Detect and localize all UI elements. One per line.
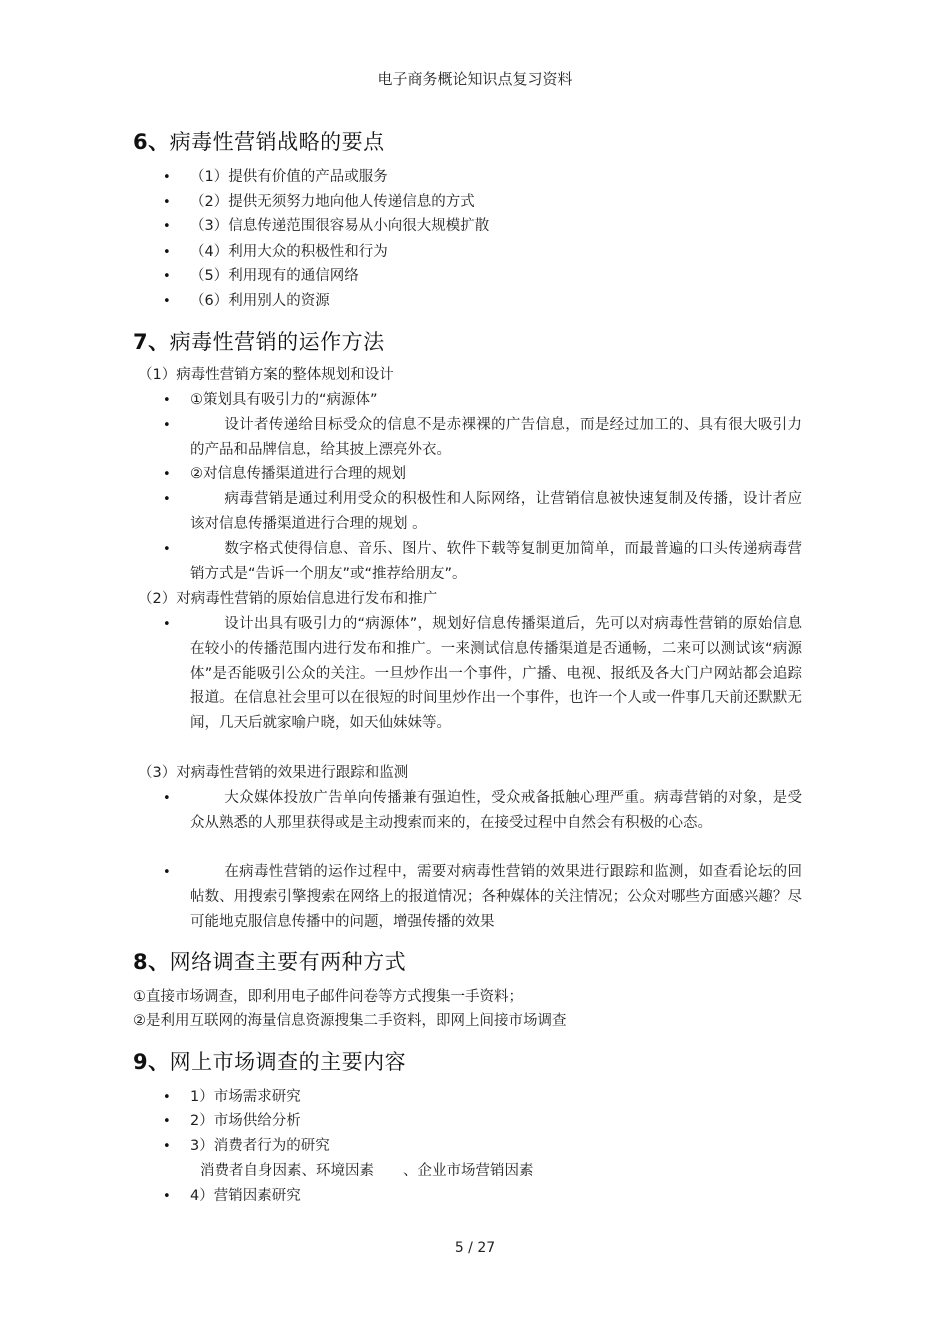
section-9-number: 9、 (133, 1050, 170, 1074)
list-item: ①直接市场调查，即利用电子邮件问卷等方式搜集一手资料； (133, 985, 523, 1010)
page-header-title: 电子商务概论知识点复习资料 (0, 68, 950, 89)
section-8-heading: 8、网络调查主要有两种方式 (133, 946, 406, 976)
list-item-note: 消费者自身因素、环境因素 、企业市场营销因素 (200, 1159, 534, 1184)
section-6-heading: 6、病毒性营销战略的要点 (133, 126, 385, 156)
section-7-heading: 7、病毒性营销的运作方法 (133, 326, 385, 356)
bullet-icon: • (163, 1184, 171, 1209)
bullet-icon: • (163, 860, 171, 885)
bullet-icon: • (163, 1085, 171, 1110)
list-item: （3）信息传递范围很容易从小向很大规模扩散 (190, 214, 489, 239)
paragraph-text: 设计者传递给目标受众的信息不是赤裸裸的广告信息，而是经过加工的、具有很大吸引力的… (190, 417, 802, 458)
bullet-icon: • (163, 487, 171, 512)
point-title: ①策划具有吸引力的“病源体” (190, 388, 378, 413)
point-title: ②对信息传播渠道进行合理的规划 (190, 462, 406, 487)
page-number: 5 / 27 (0, 1240, 950, 1256)
paragraph: 数字格式使得信息、音乐、图片、软件下载等复制更加简单，而最普遍的口头传递病毒营销… (190, 537, 802, 587)
list-item: （6）利用别人的资源 (190, 289, 330, 314)
paragraph-text: 数字格式使得信息、音乐、图片、软件下载等复制更加简单，而最普遍的口头传递病毒营销… (190, 541, 802, 582)
bullet-icon: • (163, 462, 171, 487)
list-item: 4）营销因素研究 (190, 1184, 301, 1209)
bullet-icon: • (163, 612, 171, 637)
paragraph-text: 在病毒性营销的运作过程中，需要对病毒性营销的效果进行跟踪和监测，如查看论坛的回帖… (190, 864, 802, 930)
list-item: 1）市场需求研究 (190, 1085, 301, 1110)
bullet-icon: • (163, 214, 171, 239)
section-6-title: 病毒性营销战略的要点 (170, 130, 385, 154)
subsection-heading: （1）病毒性营销方案的整体规划和设计 (138, 363, 394, 388)
bullet-icon: • (163, 537, 171, 562)
section-6-number: 6、 (133, 130, 170, 154)
paragraph: 病毒营销是通过利用受众的积极性和人际网络，让营销信息被快速复制及传播，设计者应该… (190, 487, 802, 537)
bullet-icon: • (163, 413, 171, 438)
list-item: （1）提供有价值的产品或服务 (190, 165, 388, 190)
bullet-icon: • (163, 289, 171, 314)
paragraph-text: 病毒营销是通过利用受众的积极性和人际网络，让营销信息被快速复制及传播，设计者应该… (190, 491, 802, 532)
paragraph: 设计者传递给目标受众的信息不是赤裸裸的广告信息，而是经过加工的、具有很大吸引力的… (190, 413, 802, 463)
section-9-title: 网上市场调查的主要内容 (170, 1050, 407, 1074)
paragraph-text: 设计出具有吸引力的“病源体”，规划好信息传播渠道后，先可以对病毒性营销的原始信息… (190, 616, 802, 731)
section-8-number: 8、 (133, 950, 170, 974)
bullet-icon: • (163, 786, 171, 811)
bullet-icon: • (163, 1134, 171, 1159)
section-9-heading: 9、网上市场调查的主要内容 (133, 1046, 406, 1076)
bullet-icon: • (163, 264, 171, 289)
bullet-icon: • (163, 165, 171, 190)
paragraph: 设计出具有吸引力的“病源体”，规划好信息传播渠道后，先可以对病毒性营销的原始信息… (190, 612, 802, 736)
bullet-icon: • (163, 1109, 171, 1134)
list-item: （2）提供无须努力地向他人传递信息的方式 (190, 190, 475, 215)
list-item: （5）利用现有的通信网络 (190, 264, 359, 289)
list-item: ②是利用互联网的海量信息资源搜集二手资料，即网上间接市场调查 (133, 1009, 567, 1034)
bullet-icon: • (163, 388, 171, 413)
subsection-heading: （2）对病毒性营销的原始信息进行发布和推广 (138, 587, 437, 612)
paragraph: 大众媒体投放广告单向传播兼有强迫性，受众戒备抵触心理严重。病毒营销的对象，是受众… (190, 786, 802, 836)
section-7-number: 7、 (133, 330, 170, 354)
paragraph: 在病毒性营销的运作过程中，需要对病毒性营销的效果进行跟踪和监测，如查看论坛的回帖… (190, 860, 802, 934)
bullet-icon: • (163, 190, 171, 215)
list-item: 3）消费者行为的研究 (190, 1134, 330, 1159)
section-7-title: 病毒性营销的运作方法 (170, 330, 385, 354)
subsection-heading: （3）对病毒性营销的效果进行跟踪和监测 (138, 761, 408, 786)
section-8-title: 网络调查主要有两种方式 (170, 950, 407, 974)
bullet-icon: • (163, 240, 171, 265)
list-item: 2）市场供给分析 (190, 1109, 301, 1134)
paragraph-text: 大众媒体投放广告单向传播兼有强迫性，受众戒备抵触心理严重。病毒营销的对象，是受众… (190, 790, 802, 831)
list-item: （4）利用大众的积极性和行为 (190, 240, 388, 265)
